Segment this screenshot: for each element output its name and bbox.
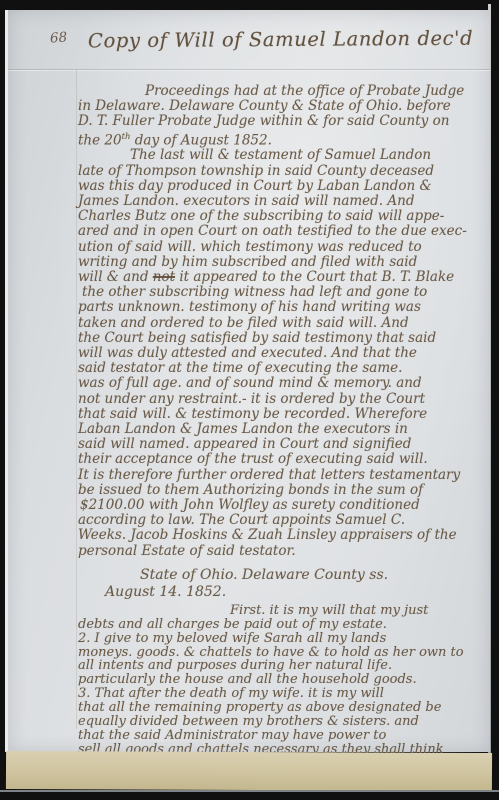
section-will: First. it is my will that my justdebts a… <box>78 604 482 771</box>
handwritten-line: according to law. The Court appoints Sam… <box>78 513 482 528</box>
handwritten-line: parts unknown. testimony of his hand wri… <box>78 300 482 315</box>
handwritten-line: late of Thompson township in said County… <box>78 164 482 179</box>
handwritten-line: equally divided between my brothers & si… <box>78 715 482 729</box>
handwritten-line: August 14. 1852. <box>78 584 482 601</box>
handwritten-line: be issued to them Authorizing bonds in t… <box>78 483 482 498</box>
handwritten-line: Proceedings had at the office of Probate… <box>78 84 482 99</box>
handwritten-line: 2. I give to my beloved wife Sarah all m… <box>78 632 482 646</box>
handwritten-line: moneys. goods. & chattels to have & to h… <box>78 646 482 660</box>
handwritten-line: will & and not it appeared to the Court … <box>78 270 482 285</box>
handwritten-line: Weeks. Jacob Hoskins & Zuah Linsley appr… <box>78 528 482 543</box>
handwritten-line: all intents and purposes during her natu… <box>78 659 482 673</box>
handwritten-line: Charles Butz one of the subscribing to s… <box>78 209 482 224</box>
handwritten-line: the other subscribing witness had left a… <box>78 285 482 300</box>
handwritten-line: ared and in open Court on oath testified… <box>78 224 482 239</box>
section-record: The last will & testament of Samuel Land… <box>78 148 482 558</box>
handwritten-line: The last will & testament of Samuel Land… <box>78 148 482 163</box>
document-title: Copy of Will of Samuel Landon dec'd <box>88 27 473 53</box>
scanned-document-page: 68 Copy of Will of Samuel Landon dec'd P… <box>0 0 499 800</box>
handwritten-line: the 20th day of August 1852. <box>78 130 482 149</box>
section-proceedings: Proceedings had at the office of Probate… <box>78 84 482 148</box>
handwritten-line: in Delaware. Delaware County & State of … <box>78 99 482 114</box>
handwritten-line: D. T. Fuller Probate Judge within & for … <box>78 114 482 129</box>
document-body: Proceedings had at the office of Probate… <box>78 84 482 771</box>
handwritten-line: that all the remaining property as above… <box>78 701 482 715</box>
handwritten-line: that said will. & testimony be recorded.… <box>78 407 482 422</box>
handwritten-line: $2100.00 with John Wolfley as surety con… <box>78 498 482 513</box>
handwritten-line: personal Estate of said testator. <box>78 544 482 559</box>
handwritten-line: debts and all charges be paid out of my … <box>78 618 482 632</box>
handwritten-line: particularly the house and all the house… <box>78 673 482 687</box>
handwritten-line: 3. That after the death of my wife. it i… <box>78 687 482 701</box>
handwritten-line: State of Ohio. Delaware County ss. <box>78 567 482 584</box>
handwritten-line: was this day produced in Court by Laban … <box>78 179 482 194</box>
page-edge-bottom <box>6 751 492 791</box>
paper: 68 Copy of Will of Samuel Landon dec'd P… <box>8 10 490 752</box>
handwritten-line: First. it is my will that my just <box>78 604 482 618</box>
handwritten-line: It is therefore further ordered that let… <box>78 468 482 483</box>
handwritten-line: their acceptance of the trust of executi… <box>78 452 482 467</box>
handwritten-line: the Court being satisfied by said testim… <box>78 331 482 346</box>
scanner-edge-bottom <box>0 790 499 792</box>
handwritten-line: Laban Landon & James Landon the executor… <box>78 422 482 437</box>
section-state: State of Ohio. Delaware County ss.August… <box>78 567 482 601</box>
handwritten-line: taken and ordered to be filed with said … <box>78 316 482 331</box>
handwritten-line: not under any restraint.- it is ordered … <box>78 392 482 407</box>
handwritten-line: James Landon. executors in said will nam… <box>78 194 482 209</box>
page-number: 68 <box>49 29 67 46</box>
handwritten-line: said testator at the time of executing t… <box>78 361 482 376</box>
handwritten-line: ution of said will. which testimony was … <box>78 240 482 255</box>
margin-line-vertical <box>76 69 77 729</box>
ruled-line-horizontal <box>8 69 490 70</box>
handwritten-line: will was duly attested and executed. And… <box>78 346 482 361</box>
handwritten-line: said will named. appeared in Court and s… <box>78 437 482 452</box>
handwritten-line: that the said Administrator may have pow… <box>78 729 482 743</box>
handwritten-line: writing and by him subscribed and filed … <box>78 255 482 270</box>
handwritten-line: was of full age. and of sound mind & mem… <box>78 376 482 391</box>
